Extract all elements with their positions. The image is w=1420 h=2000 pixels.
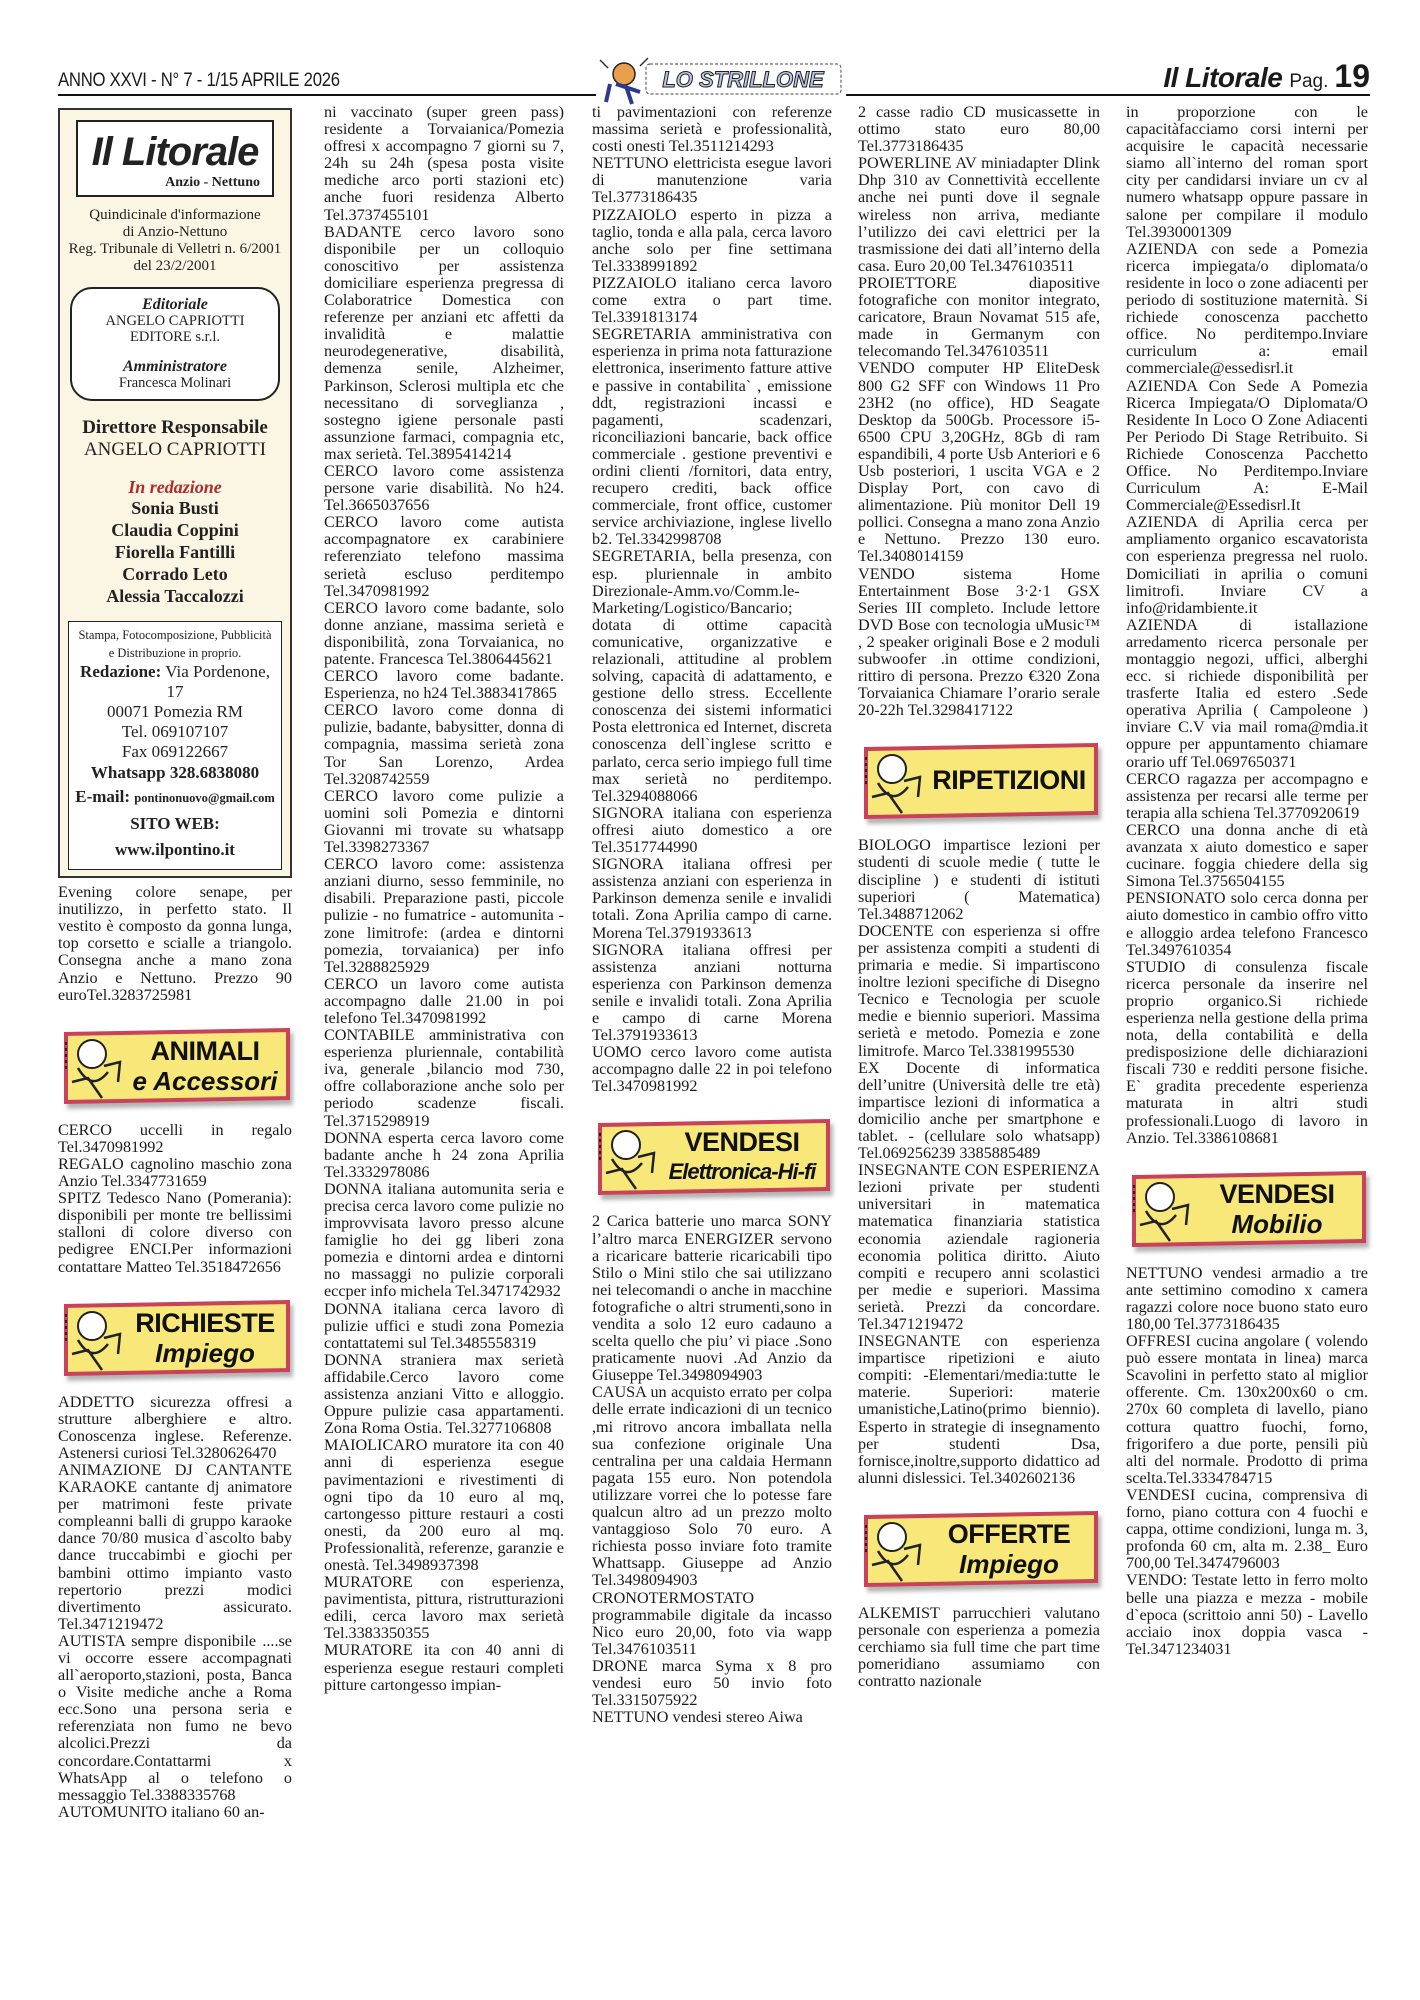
classified-ad: VENDO sistema Home Entertainment Bose 3·… <box>858 566 1100 720</box>
classified-ad: PIZZAIOLO esperto in pizza a taglio, ton… <box>592 207 832 275</box>
banner-title: ANIMALI <box>126 1036 284 1066</box>
classified-ad: SPITZ Tedesco Nano (Pomerania): disponib… <box>58 1190 292 1275</box>
issue-line: ANNO XXVI - N° 7 - 1/15 APRILE 2026 <box>58 70 340 92</box>
classified-ad: ti pavimentazioni con referenze massima … <box>592 104 832 155</box>
classified-ad: AZIENDA di istallazione arredamento rice… <box>1126 617 1368 771</box>
classified-ad: VENDO: Testate letto in ferro molto bell… <box>1126 1572 1368 1657</box>
classified-ad: DOCENTE con esperienza si offre per assi… <box>858 923 1100 1060</box>
services-line: e Distribuzione in proprio. <box>73 644 277 662</box>
classified-ad: INSEGNANTE CON ESPERIENZA lezioni privat… <box>858 1162 1100 1333</box>
classified-ad: NETTUNO vendesi armadio a tre ante setti… <box>1126 1265 1368 1333</box>
web-label: SITO WEB: <box>130 814 220 833</box>
email-label: E-mail: <box>75 787 130 806</box>
direttore-value: ANGELO CAPRIOTTI <box>68 439 282 461</box>
newsboy-mascot-icon <box>592 1123 658 1195</box>
section-banner-vendesi-mobilio: VENDESIMobilio <box>1126 1169 1368 1253</box>
editoriale-value: ANGELO CAPRIOTTI EDITORE s.r.l. <box>76 313 274 345</box>
column-3: ti pavimentazioni con referenze massima … <box>592 104 832 1726</box>
contact-box: Stampa, Fotocomposizione, Pubblicità e D… <box>68 621 282 870</box>
classified-ad: 2 casse radio CD musicassette in ottimo … <box>858 104 1100 155</box>
section-banner-vendesi-elettronica: VENDESIElettronica-Hi-fi <box>592 1117 832 1201</box>
classified-ad: AZIENDA con sede a Pomezia ricerca impie… <box>1126 241 1368 378</box>
classified-ad: CERCO lavoro come pulizie a uomini soli … <box>324 788 564 856</box>
banner-title: OFFERTE <box>926 1519 1092 1549</box>
classified-ad: CAUSA un acquisto errato per colpa delle… <box>592 1384 832 1589</box>
classified-ad: CERCO ragazza per accompagno e assistenz… <box>1126 771 1368 822</box>
address-label: Redazione: <box>80 662 161 681</box>
masthead-subtitle: Anzio - Nettuno <box>82 174 268 191</box>
address: Via Pordenone, 17 <box>165 662 270 701</box>
classified-ad: CRONOTERMOSTATO programmabile digitale d… <box>592 1590 832 1658</box>
classified-ad: DONNA italiana automunita seria e precis… <box>324 1181 564 1301</box>
web-link[interactable]: www.ilpontino.it <box>115 840 235 859</box>
redazione-label: In redazione <box>68 477 282 497</box>
classified-ad: MAIOLICARO muratore ita con 40 anni di e… <box>324 1437 564 1574</box>
classified-ad: DONNA esperta cerca lavoro come badante … <box>324 1130 564 1181</box>
newsboy-mascot-icon <box>858 747 924 819</box>
classified-ad: CERCO uccelli in regalo Tel.3470981992 <box>58 1122 292 1156</box>
classified-ad: ANIMAZIONE DJ CANTANTE KARAOKE cantante … <box>58 1462 292 1633</box>
classified-ad: OFFRESI cucina angolare ( volendo può es… <box>1126 1333 1368 1487</box>
classified-ad: REGALO cagnolino maschio zona Anzio Tel.… <box>58 1156 292 1190</box>
newsboy-mascot-icon <box>1126 1175 1192 1247</box>
classified-ad: PENSIONATO solo cerca donna per aiuto do… <box>1126 890 1368 958</box>
classified-ad: SIGNORA italiana con esperienza offresi … <box>592 805 832 856</box>
classified-ad: MURATORE con esperienza, pavimentista, p… <box>324 1574 564 1642</box>
classified-ad: BIOLOGO impartisce lezioni per studenti … <box>858 837 1100 922</box>
classified-ad: PROIETTORE diapositive fotografiche con … <box>858 275 1100 360</box>
classified-ad: AUTOMUNITO italiano 60 an- <box>58 1804 292 1821</box>
phone: Tel. 069107107 <box>73 722 277 742</box>
classified-ad: ADDETTO sicurezza offresi a strutture al… <box>58 1394 292 1462</box>
classified-ad: VENDESI cucina, comprensiva di forno, pi… <box>1126 1487 1368 1572</box>
classified-ad: PIZZAIOLO italiano cerca lavoro come ext… <box>592 275 832 326</box>
brand-name: Il Litorale <box>1163 62 1282 94</box>
city: 00071 Pomezia RM <box>73 702 277 722</box>
classified-ad: NETTUNO vendesi stereo Aiwa <box>592 1709 832 1726</box>
masthead-logo: Il Litorale Anzio - Nettuno <box>76 120 274 197</box>
classified-ad: DONNA straniera max serietà affidabile.C… <box>324 1352 564 1437</box>
page-number: 19 <box>1334 58 1370 95</box>
banner-title: VENDESI <box>1194 1179 1360 1209</box>
classified-ad: CERCO lavoro come: assistenza anziani di… <box>324 856 564 976</box>
classified-ad: DONNA italiana cerca lavoro dì pulizie u… <box>324 1301 564 1352</box>
classified-ad: NETTUNO elettricista esegue lavori di ma… <box>592 155 832 206</box>
banner-title: VENDESI <box>660 1127 824 1157</box>
header-brand: Il Litorale Pag. 19 <box>1163 58 1370 95</box>
page-header: ANNO XXVI - N° 7 - 1/15 APRILE 2026 LO S… <box>58 60 1370 100</box>
masthead-info: Quindicinale d'informazione di Anzio-Net… <box>68 207 282 275</box>
info-line: Quindicinale d'informazione <box>68 207 282 224</box>
info-line: Reg. Tribunale di Velletri n. 6/2001 <box>68 241 282 258</box>
svg-text:LO STRILLONE: LO STRILLONE <box>662 67 825 92</box>
classified-ad: ALKEMIST parrucchieri valutano personale… <box>858 1605 1100 1690</box>
banner-title: RIPETIZIONI <box>926 765 1092 795</box>
direttore-label: Direttore Responsabile <box>68 417 282 439</box>
section-banner-richieste-impiego: RICHIESTEImpiego <box>58 1298 292 1382</box>
page-label: Pag. <box>1289 71 1328 93</box>
lo-strillone-logo: LO STRILLONE <box>596 54 846 106</box>
classified-ad: CERCO lavoro come donna di pulizie, bada… <box>324 702 564 787</box>
classified-ad: AZIENDA di Aprilia cerca per ampliamento… <box>1126 514 1368 617</box>
classified-ad: CONTABILE amministrativa con esperienza … <box>324 1027 564 1130</box>
fax: Fax 069122667 <box>73 742 277 762</box>
column-5: in proporzione con le capacitàfacciamo c… <box>1126 104 1368 1658</box>
publisher-box: Editoriale ANGELO CAPRIOTTI EDITORE s.r.… <box>70 287 280 401</box>
classified-ad: DRONE marca Syma x 8 pro vendesi euro 50… <box>592 1658 832 1709</box>
whatsapp: Whatsapp 328.6838080 <box>73 762 277 784</box>
banner-subtitle: Elettronica-Hi-fi <box>660 1157 824 1187</box>
banner-subtitle: Mobilio <box>1194 1209 1360 1239</box>
staff-list: Sonia Busti Claudia Coppini Fiorella Fan… <box>68 497 282 607</box>
classified-ad: CERCO un lavoro come autista accompagno … <box>324 976 564 1027</box>
section-banner-offerte-impiego: OFFERTEImpiego <box>858 1509 1100 1593</box>
classified-ad: SIGNORA italiana offresi per assistenza … <box>592 856 832 941</box>
column-2: ni vaccinato (super green pass) resident… <box>324 104 564 1694</box>
classified-ad: EX Docente di informatica dell’unitre (U… <box>858 1060 1100 1163</box>
classified-ad: CERCO una donna anche di età avanzata x … <box>1126 822 1368 890</box>
classified-ad: UOMO cerco lavoro come autista accompagn… <box>592 1044 832 1095</box>
newspaper-page: ANNO XXVI - N° 7 - 1/15 APRILE 2026 LO S… <box>0 0 1420 2000</box>
classified-ad: VENDO computer HP EliteDesk 800 G2 SFF c… <box>858 360 1100 565</box>
newsboy-mascot-icon <box>58 1304 124 1376</box>
newsboy-mascot-icon <box>58 1032 124 1104</box>
amministratore-label: Amministratore <box>123 358 227 375</box>
classified-ad: SEGRETARIA amministrativa con esperienza… <box>592 326 832 548</box>
services-line: Stampa, Fotocomposizione, Pubblicità <box>73 626 277 644</box>
classified-ad: AZIENDA Con Sede A Pomezia Ricerca Impie… <box>1126 378 1368 515</box>
classified-ad: CERCO lavoro come assistenza persone var… <box>324 463 564 514</box>
info-line: del 23/2/2001 <box>68 258 282 275</box>
section-banner-animali: ANIMALIe Accessori <box>58 1026 292 1110</box>
column-4: 2 casse radio CD musicassette in ottimo … <box>858 104 1100 1690</box>
email-link[interactable]: pontinonuovo@gmail.com <box>134 791 274 805</box>
classified-ad: ni vaccinato (super green pass) resident… <box>324 104 564 224</box>
classified-ad: STUDIO di consulenza fiscale ricerca per… <box>1126 959 1368 1147</box>
classified-ad: CERCO lavoro come badante. Esperienza, n… <box>324 668 564 702</box>
classified-ad: Evening colore senape, per inutilizzo, i… <box>58 884 292 1004</box>
info-line: di Anzio-Nettuno <box>68 224 282 241</box>
banner-title: RICHIESTE <box>126 1308 284 1338</box>
classified-ad: CERCO lavoro come badante, solo donne an… <box>324 600 564 668</box>
banner-subtitle: Impiego <box>926 1549 1092 1579</box>
staff-member: Claudia Coppini <box>68 519 282 541</box>
classified-ad: 2 Carica batterie uno marca SONY l’altro… <box>592 1213 832 1384</box>
banner-subtitle: Impiego <box>126 1338 284 1368</box>
classified-ad: POWERLINE AV miniadapter Dlink Dhp 310 a… <box>858 155 1100 275</box>
editoriale-label: Editoriale <box>142 296 208 313</box>
classified-ad: SEGRETARIA, bella presenza, con esp. plu… <box>592 548 832 804</box>
banner-subtitle: e Accessori <box>126 1066 284 1096</box>
staff-member: Alessia Taccalozzi <box>68 585 282 607</box>
classified-ad: CERCO lavoro come autista accompagnatore… <box>324 514 564 599</box>
newsboy-mascot-icon <box>858 1515 924 1587</box>
masthead: Il Litorale Anzio - Nettuno Quindicinale… <box>58 108 292 878</box>
classified-ad: AUTISTA sempre disponibile ....se vi occ… <box>58 1633 292 1804</box>
classified-ad: INSEGNANTE con esperienza impartisce rip… <box>858 1333 1100 1487</box>
classified-ad: in proporzione con le capacitàfacciamo c… <box>1126 104 1368 241</box>
masthead-title: Il Litorale <box>82 130 268 174</box>
newsboy-icon: LO STRILLONE <box>596 54 846 106</box>
staff-member: Corrado Leto <box>68 563 282 585</box>
staff-member: Sonia Busti <box>68 497 282 519</box>
column-1: Il Litorale Anzio - Nettuno Quindicinale… <box>58 108 292 1821</box>
classified-ad: SIGNORA italiana offresi per assistenza … <box>592 942 832 1045</box>
classified-ad: MURATORE ita con 40 anni di esperienza e… <box>324 1642 564 1693</box>
amministratore-value: Francesca Molinari <box>76 375 274 391</box>
classified-ad: BADANTE cerco lavoro sono disponibile pe… <box>324 224 564 463</box>
section-banner-ripetizioni: RIPETIZIONI <box>858 741 1100 825</box>
staff-member: Fiorella Fantilli <box>68 541 282 563</box>
